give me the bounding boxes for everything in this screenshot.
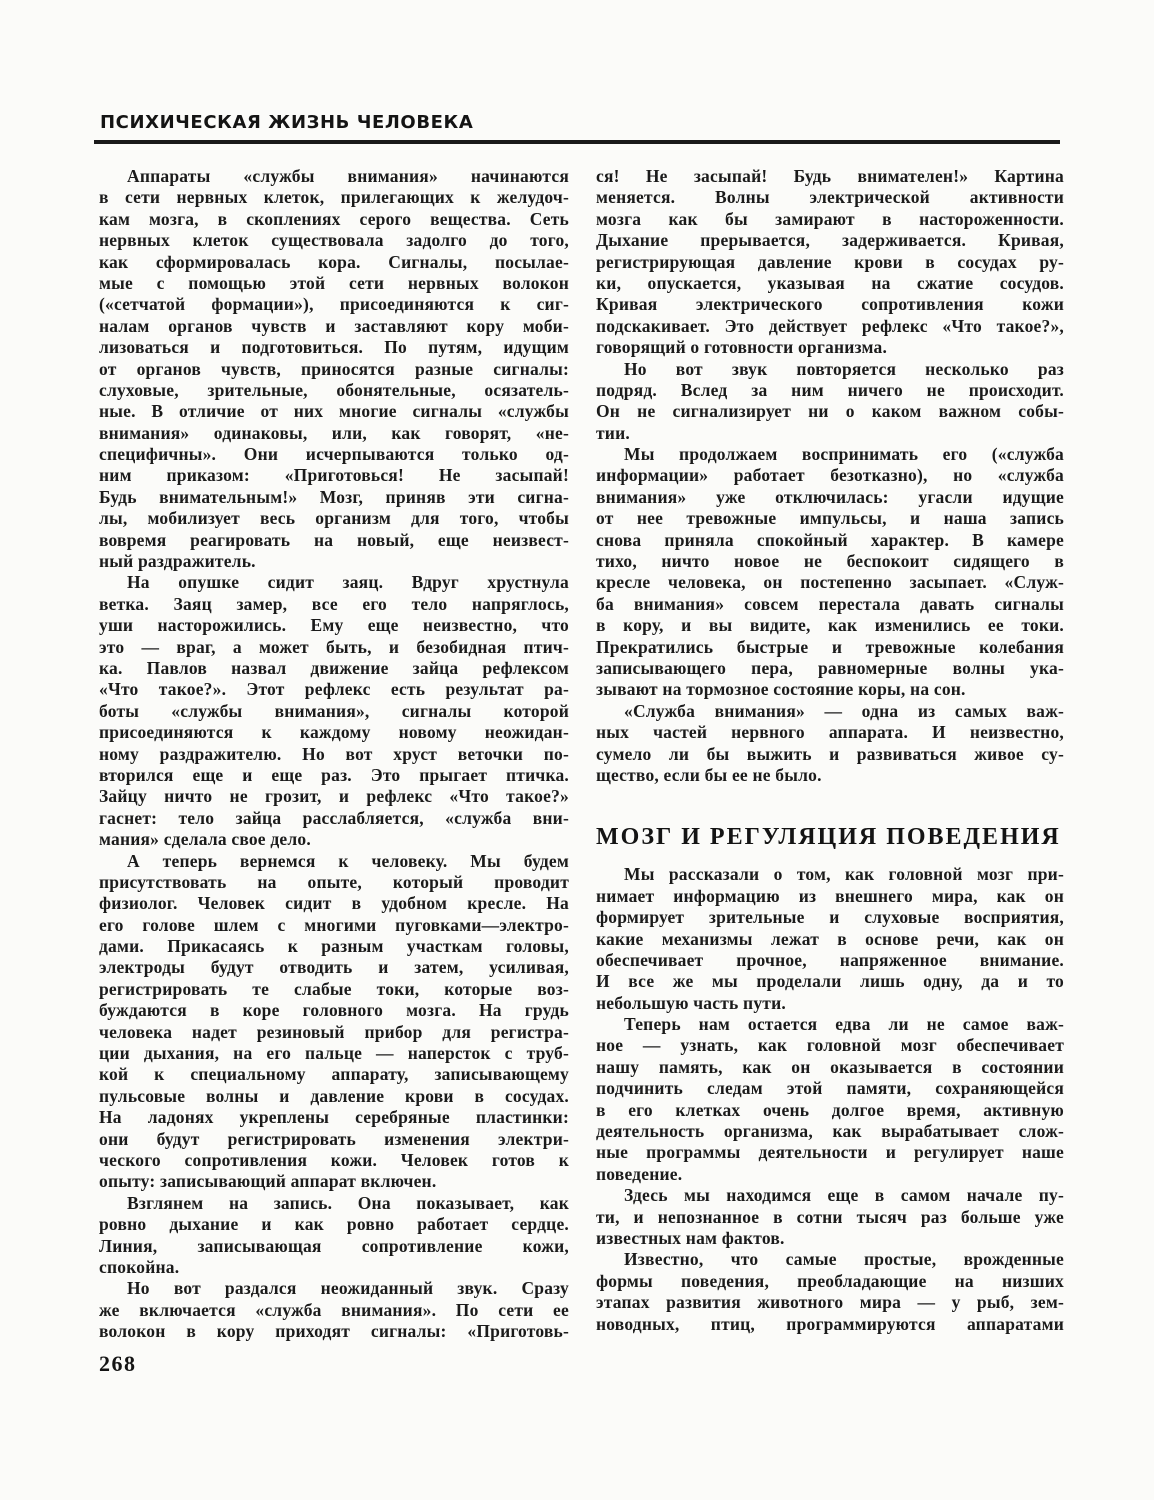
text-line: опыту: записывающий аппарат включен.: [99, 1171, 569, 1192]
text-line: вторился еще и еще раз. Это прыгает птич…: [99, 765, 569, 786]
text-line: записывающего пера, равномерные волны ук…: [596, 658, 1064, 679]
text-line: ные программы деятельности и регулирует …: [596, 1142, 1064, 1163]
text-line: Будь внимательным!» Мозг, приняв эти сиг…: [99, 487, 569, 508]
text-line: зывают на тормозное состояние коры, на с…: [596, 679, 1064, 700]
text-line: Прекратились быстрые и тревожные колебан…: [596, 637, 1064, 658]
text-line: ные. В отличие от них многие сигналы «сл…: [99, 401, 569, 422]
text-line: внимания» уже отключилась: угасли идущие: [596, 487, 1064, 508]
text-line: его голове шлем с многими пуговками—элек…: [99, 915, 569, 936]
text-line: поведение.: [596, 1164, 1064, 1185]
text-line: «Служба внимания» — одна из самых важ-: [596, 701, 1064, 722]
text-line: Но вот звук повторяется несколько раз: [596, 359, 1064, 380]
text-line: говорящий о готовности организма.: [596, 337, 1064, 358]
text-line: боты «службы внимания», сигналы которой: [99, 701, 569, 722]
text-line: На опушке сидит заяц. Вдруг хрустнула: [99, 572, 569, 593]
text-line: Аппараты «службы внимания» начинаются: [99, 166, 569, 187]
text-line: Мы рассказали о том, как головной мозг п…: [596, 864, 1064, 885]
text-line: от нее тревожные импульсы, и наша запись: [596, 508, 1064, 529]
text-line: ним приказом: «Приготовься! Не засыпай!: [99, 465, 569, 486]
text-line: присоединяются к каждому новому неожидан…: [99, 722, 569, 743]
text-line: небольшую часть пути.: [596, 993, 1064, 1014]
text-line: Но вот раздался неожиданный звук. Сразу: [99, 1278, 569, 1299]
text-line: новодных, птиц, программируются аппарата…: [596, 1314, 1064, 1335]
text-line: от органов чувств, приносятся разные сиг…: [99, 359, 569, 380]
text-line: в его клетках очень долгое время, активн…: [596, 1100, 1064, 1121]
text-line: присутствовать на опыте, который проводи…: [99, 872, 569, 893]
text-line: физиолог. Человек сидит в удобном кресле…: [99, 893, 569, 914]
text-line: специфичны». Они исчерпываются только од…: [99, 444, 569, 465]
text-line: ческого сопротивления кожи. Человек гото…: [99, 1150, 569, 1171]
text-line: Известно, что самые простые, врожденные: [596, 1249, 1064, 1270]
section-heading: МОЗГ И РЕГУЛЯЦИЯ ПОВЕДЕНИЯ: [596, 822, 1064, 852]
text-line: снова приняла спокойный характер. В каме…: [596, 530, 1064, 551]
text-line: меняется. Волны электрической активности: [596, 187, 1064, 208]
text-line: Кривая электрического сопротивления кожи: [596, 294, 1064, 315]
text-line: нимает информацию из внешнего мира, как …: [596, 886, 1064, 907]
text-line: щество, если бы ее не было.: [596, 765, 1064, 786]
text-line: известных нам фактов.: [596, 1228, 1064, 1249]
text-line: пульсовые волны и давление крови в сосуд…: [99, 1086, 569, 1107]
text-line: подскакивает. Это действует рефлекс «Что…: [596, 316, 1064, 337]
text-line: мые с помощью этой сети нервных волокон: [99, 273, 569, 294]
text-line: ровно дыхание и как ровно работает сердц…: [99, 1214, 569, 1235]
right-column-top: ся! Не засыпай! Будь внимателен!» Картин…: [596, 166, 1064, 786]
text-line: ка. Павлов назвал движение зайца рефлекс…: [99, 658, 569, 679]
text-line: А теперь вернемся к человеку. Мы будем: [99, 851, 569, 872]
text-line: Здесь мы находимся еще в самом начале пу…: [596, 1185, 1064, 1206]
page-number: 268: [99, 1351, 137, 1377]
text-line: («сетчатой формации»), присоединяются к …: [99, 294, 569, 315]
text-line: какие механизмы лежат в основе речи, как…: [596, 929, 1064, 950]
text-line: ба внимания» совсем перестала давать сиг…: [596, 594, 1064, 615]
text-line: они будут регистрировать изменения элект…: [99, 1129, 569, 1150]
text-line: деятельность организма, как вырабатывает…: [596, 1121, 1064, 1142]
text-line: нашу память, как он оказывается в состоя…: [596, 1057, 1064, 1078]
text-line: Дыхание прерывается, задерживается. Крив…: [596, 230, 1064, 251]
text-line: регистрирующая давление крови в сосудах …: [596, 252, 1064, 273]
text-line: электроды будут отводить и затем, усилив…: [99, 957, 569, 978]
text-line: внимания» одинаковы, или, как говорят, «…: [99, 423, 569, 444]
text-line: формы поведения, преобладающие на низших: [596, 1271, 1064, 1292]
text-line: ное — узнать, как головной мозг обеспечи…: [596, 1035, 1064, 1056]
text-line: буждаются в коре головного мозга. На гру…: [99, 1000, 569, 1021]
text-line: На ладонях укреплены серебряные пластинк…: [99, 1107, 569, 1128]
text-line: дами. Прикасаясь к разным участкам голов…: [99, 936, 569, 957]
text-line: подряд. Вслед за ним ничего не происходи…: [596, 380, 1064, 401]
running-head: ПСИХИЧЕСКАЯ ЖИЗНЬ ЧЕЛОВЕКА: [100, 112, 473, 133]
text-line: кресле человека, он постепенно засыпает.…: [596, 572, 1064, 593]
text-line: Зайцу ничто не грозит, и рефлекс «Что та…: [99, 786, 569, 807]
text-line: регистрировать те слабые токи, которые в…: [99, 979, 569, 1000]
text-line: тии.: [596, 423, 1064, 444]
text-line: гаснет: тело зайца расслабляется, «служб…: [99, 808, 569, 829]
text-line: формирует зрительные и слуховые восприят…: [596, 907, 1064, 928]
text-line: сумело ли бы выжить и развиваться живое …: [596, 744, 1064, 765]
text-line: вовремя реагировать на новый, еще неизве…: [99, 530, 569, 551]
text-line: кой к специальному аппарату, записывающе…: [99, 1064, 569, 1085]
text-line: уши насторожились. Ему еще неизвестно, ч…: [99, 615, 569, 636]
text-line: это — враг, а может быть, и безобидная п…: [99, 637, 569, 658]
text-line: в кору, и вы видите, как изменились ее т…: [596, 615, 1064, 636]
text-line: лы, мобилизует весь организм для того, ч…: [99, 508, 569, 529]
text-line: ции дыхания, на его пальце — наперсток с…: [99, 1043, 569, 1064]
text-line: подчинить следам этой памяти, сохраняюще…: [596, 1078, 1064, 1099]
text-line: ному раздражителю. Но вот хруст веточки …: [99, 744, 569, 765]
scanned-book-page: ПСИХИЧЕСКАЯ ЖИЗНЬ ЧЕЛОВЕКА Аппараты «слу…: [0, 0, 1154, 1500]
text-line: лизоваться и подготовиться. По путям, ид…: [99, 337, 569, 358]
text-line: И все же мы проделали лишь одну, да и то: [596, 971, 1064, 992]
text-line: мозга как бы замирают в настороженности.: [596, 209, 1064, 230]
text-columns: Аппараты «службы внимания» начинаютсяв с…: [99, 166, 1064, 1342]
text-line: нервных клеток существовала задолго до т…: [99, 230, 569, 251]
right-column: ся! Не засыпай! Будь внимателен!» Картин…: [596, 166, 1064, 1342]
text-line: как сформировалась кора. Сигналы, посыла…: [99, 252, 569, 273]
text-line: спокойна.: [99, 1257, 569, 1278]
text-line: в сети нервных клеток, прилегающих к жел…: [99, 187, 569, 208]
text-line: человека надет резиновый прибор для реги…: [99, 1022, 569, 1043]
text-line: Линия, записывающая сопротивление кожи,: [99, 1236, 569, 1257]
header-rule: [94, 140, 1060, 144]
text-line: этапах развития животного мира — у рыб, …: [596, 1292, 1064, 1313]
text-line: информации» работает безотказно), но «сл…: [596, 465, 1064, 486]
text-line: ных частей нервного аппарата. И неизвест…: [596, 722, 1064, 743]
text-line: «Что такое?». Этот рефлекс есть результа…: [99, 679, 569, 700]
text-line: ный раздражитель.: [99, 551, 569, 572]
text-line: ти, и непознанное в сотни тысяч раз боль…: [596, 1207, 1064, 1228]
text-line: кам мозга, в скоплениях серого вещества.…: [99, 209, 569, 230]
text-line: Теперь нам остается едва ли не самое важ…: [596, 1014, 1064, 1035]
text-line: волокон в кору приходят сигналы: «Пригот…: [99, 1321, 569, 1342]
text-line: обеспечивает прочное, напряженное вниман…: [596, 950, 1064, 971]
text-line: же включается «служба внимания». По сети…: [99, 1300, 569, 1321]
text-line: мания» сделала свое дело.: [99, 829, 569, 850]
text-line: Он не сигнализирует ни о каком важном со…: [596, 401, 1064, 422]
text-line: тихо, ничто новое не беспокоит сидящего …: [596, 551, 1064, 572]
text-line: ки, опускается, указывая на сжатие сосуд…: [596, 273, 1064, 294]
right-column-bottom: Мы рассказали о том, как головной мозг п…: [596, 864, 1064, 1335]
text-line: ветка. Заяц замер, все его тело напрягло…: [99, 594, 569, 615]
left-column: Аппараты «службы внимания» начинаютсяв с…: [99, 166, 569, 1342]
text-line: Взглянем на запись. Она показывает, как: [99, 1193, 569, 1214]
text-line: налам органов чувств и заставляют кору м…: [99, 316, 569, 337]
text-line: слуховые, зрительные, обонятельные, осяз…: [99, 380, 569, 401]
text-line: Мы продолжаем воспринимать его («служба: [596, 444, 1064, 465]
text-line: ся! Не засыпай! Будь внимателен!» Картин…: [596, 166, 1064, 187]
